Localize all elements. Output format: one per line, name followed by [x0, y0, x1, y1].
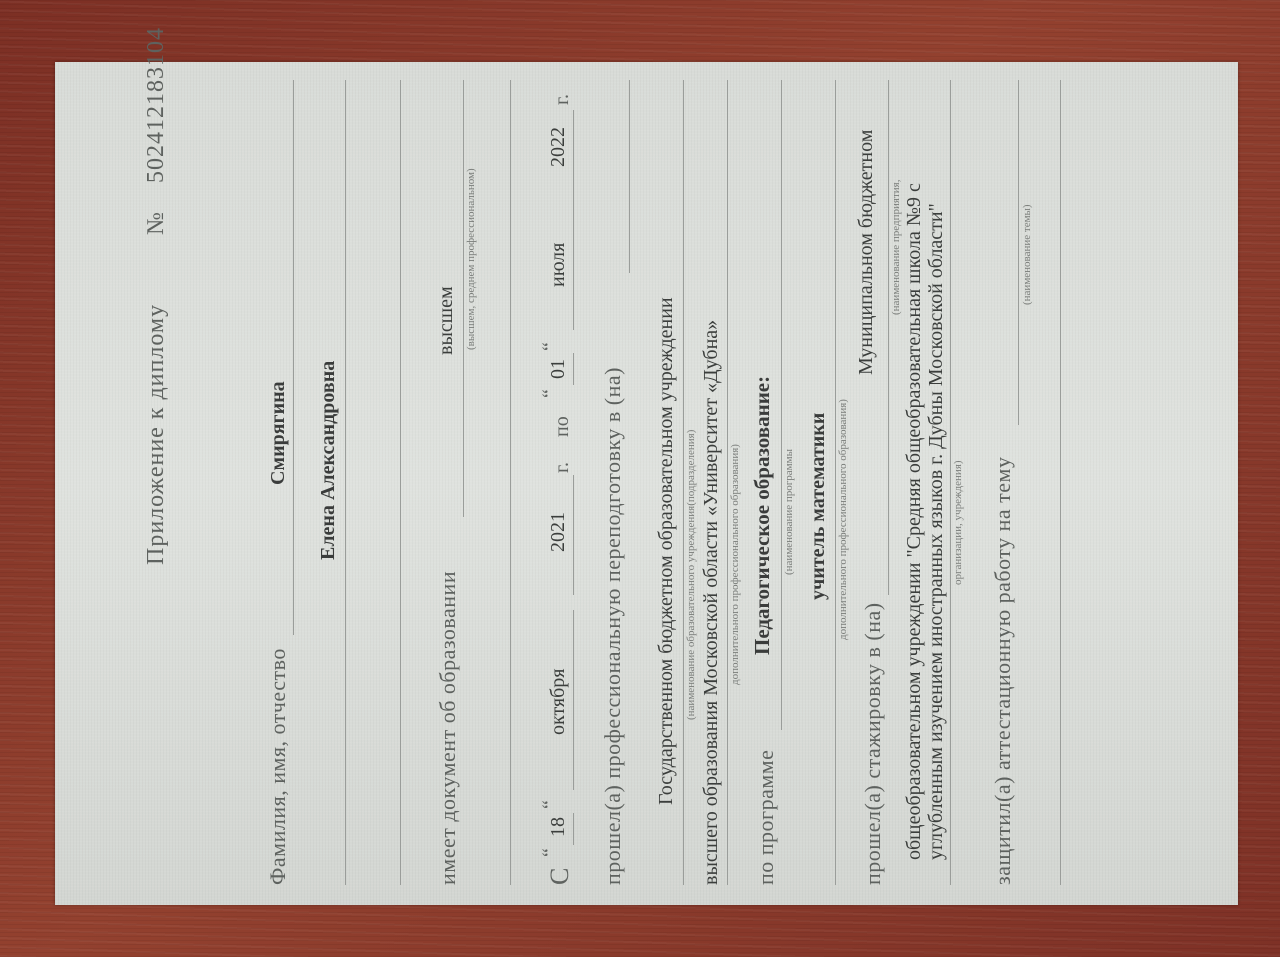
- quote-close-1: “: [539, 800, 562, 809]
- period-to-prefix: по: [551, 416, 574, 437]
- surname-value: Смирягина: [267, 381, 290, 485]
- education-label: имеет документ об образовании: [435, 571, 461, 885]
- program-caption-2: дополнительного профессионального образо…: [837, 399, 849, 640]
- institution-caption-2: дополнительного профессионального образо…: [729, 444, 741, 685]
- diploma-number: 502412183104: [143, 27, 170, 183]
- institution-caption-1: (наименование образовательного учреждени…: [685, 430, 697, 720]
- fio-line-1: [293, 80, 294, 635]
- program-line-2-value: учитель математики: [807, 413, 830, 600]
- internship-caption-2: организации, учреждения): [952, 460, 964, 585]
- thesis-label: защитил(а) аттестационную работу на тему: [990, 457, 1016, 885]
- internship-line-2-value: общеобразовательном учреждении "Средняя …: [903, 183, 926, 860]
- to-month: июля: [547, 243, 570, 287]
- quote-open-1: “: [539, 848, 562, 857]
- internship-line-3: [950, 80, 951, 885]
- thesis-line-2: [1060, 80, 1061, 885]
- from-day: 18: [547, 817, 570, 837]
- quote-open-2: “: [539, 389, 562, 398]
- institution-line-1-rule: [683, 80, 684, 885]
- institution-line-2-rule: [727, 80, 728, 885]
- period-from-prefix: С: [545, 867, 575, 885]
- from-month-line: [573, 610, 574, 790]
- internship-line-3-value: углубленным изучением иностранных языков…: [925, 203, 948, 860]
- from-year: 2021: [547, 512, 570, 552]
- fio-line-3: [400, 80, 401, 885]
- thesis-line-1: [1018, 80, 1019, 425]
- internship-label: прошел(а) стажировку в (на): [860, 602, 886, 885]
- program-line-1-value: Педагогическое образование:: [750, 376, 775, 655]
- given-names-value: Елена Александровна: [317, 361, 340, 560]
- fio-label: Фамилия, имя, отчество: [265, 648, 291, 885]
- education-caption: (высшем, среднем профессиональном): [465, 168, 477, 350]
- program-caption-1: (наименование программы: [783, 449, 795, 575]
- institution-line-1: Государственном бюджетном образовательно…: [655, 297, 678, 805]
- internship-line-1: [888, 80, 889, 595]
- program-line-2: [835, 80, 836, 885]
- retraining-line: [629, 80, 630, 273]
- to-year-line: [573, 110, 574, 170]
- education-line: [463, 80, 464, 517]
- education-value: высшем: [435, 286, 458, 355]
- quote-close-2: “: [539, 342, 562, 351]
- to-year: 2022: [547, 127, 570, 167]
- document-title: Приложение к диплому: [143, 304, 170, 565]
- from-year-line: [573, 475, 574, 595]
- program-line-1: [781, 80, 782, 730]
- from-day-line: [573, 813, 574, 845]
- internship-caption-1: (наименование предприятия,: [890, 180, 902, 315]
- education-line-2: [510, 80, 511, 885]
- diploma-appendix-page: Приложение к диплому № 502412183104 Фами…: [55, 62, 1238, 905]
- to-day: 01: [547, 359, 570, 379]
- to-month-line: [573, 170, 574, 330]
- thesis-caption: (наименование темы): [1021, 204, 1033, 305]
- program-label: по программе: [753, 750, 779, 885]
- number-sign: №: [143, 212, 170, 235]
- to-day-line: [573, 353, 574, 385]
- from-year-suffix: г.: [551, 462, 574, 473]
- retraining-label: прошел(а) профессиональную переподготовк…: [600, 367, 626, 885]
- fio-line-2: [345, 80, 346, 885]
- to-year-suffix: г.: [551, 94, 574, 105]
- internship-line-1-value: Муниципальном бюджетном: [855, 130, 878, 375]
- institution-line-2: высшего образования Московской области «…: [700, 320, 723, 885]
- from-month: октября: [547, 668, 570, 735]
